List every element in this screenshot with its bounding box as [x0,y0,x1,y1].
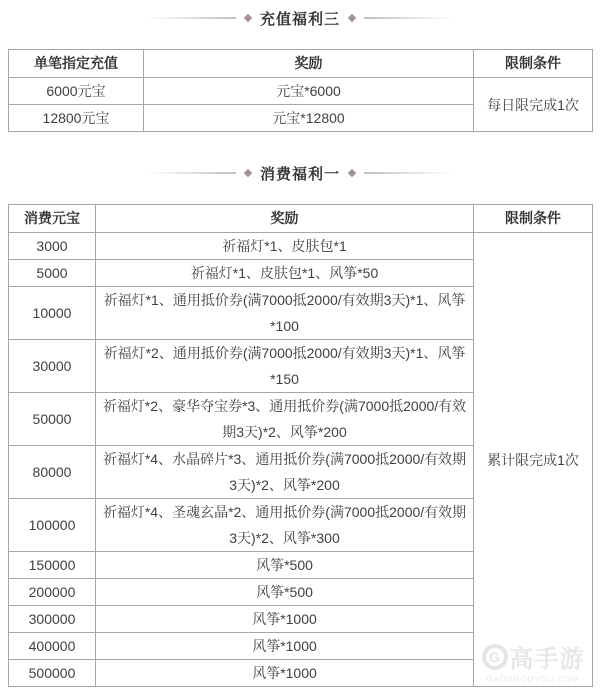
reward-cell: 元宝*6000 [144,78,474,105]
table-row: 3000 祈福灯*1、皮肤包*1 累计限完成1次 [9,233,593,260]
amount-cell: 400000 [9,633,96,660]
restriction-cell: 累计限完成1次 [474,233,593,687]
amount-cell: 5000 [9,260,96,287]
amount-cell: 80000 [9,446,96,499]
reward-cell: 风筝*500 [96,579,474,606]
diamond-icon [348,14,356,22]
amount-cell: 300000 [9,606,96,633]
amount-cell: 30000 [9,340,96,393]
section-title-text: 消费福利一 [260,163,340,184]
amount-cell: 50000 [9,393,96,446]
amount-cell: 100000 [9,499,96,552]
diamond-icon [244,169,252,177]
reward-cell: 祈福灯*1、皮肤包*1、风筝*50 [96,260,474,287]
section-title-text: 充值福利三 [260,8,340,29]
reward-cell: 祈福灯*4、水晶碎片*3、通用抵价券(满7000抵2000/有效期3天)*2、风… [96,446,474,499]
reward-cell: 祈福灯*2、通用抵价券(满7000抵2000/有效期3天)*1、风筝*150 [96,340,474,393]
decor-line-left [148,172,236,174]
recharge-table: 单笔指定充值 奖励 限制条件 6000元宝 元宝*6000 每日限完成1次 12… [8,49,593,132]
reward-cell: 元宝*12800 [144,105,474,132]
amount-cell: 3000 [9,233,96,260]
decor-line-right [364,17,452,19]
amount-cell: 150000 [9,552,96,579]
restriction-cell: 每日限完成1次 [474,78,593,132]
amount-cell: 500000 [9,660,96,687]
reward-cell: 风筝*1000 [96,660,474,687]
reward-cell: 风筝*1000 [96,606,474,633]
reward-cell: 祈福灯*4、圣魂玄晶*2、通用抵价券(满7000抵2000/有效期3天)*2、风… [96,499,474,552]
reward-cell: 风筝*1000 [96,633,474,660]
reward-cell: 祈福灯*1、通用抵价券(满7000抵2000/有效期3天)*1、风筝*100 [96,287,474,340]
consume-table: 消费元宝 奖励 限制条件 3000 祈福灯*1、皮肤包*1 累计限完成1次 50… [8,204,593,687]
section-title-consume: 消费福利一 [0,132,600,183]
column-header-amount: 消费元宝 [9,205,96,233]
amount-cell: 200000 [9,579,96,606]
decor-line-left [148,17,236,19]
decor-line-right [364,172,452,174]
amount-cell: 10000 [9,287,96,340]
page: 充值福利三 单笔指定充值 奖励 限制条件 6000元宝 元宝*6000 每日限完… [0,0,600,688]
amount-cell: 12800元宝 [9,105,144,132]
column-header-amount: 单笔指定充值 [9,50,144,78]
reward-cell: 祈福灯*1、皮肤包*1 [96,233,474,260]
section-title-recharge: 充值福利三 [0,0,600,28]
table-header-row: 单笔指定充值 奖励 限制条件 [9,50,593,78]
column-header-restriction: 限制条件 [474,50,593,78]
amount-cell: 6000元宝 [9,78,144,105]
table-row: 6000元宝 元宝*6000 每日限完成1次 [9,78,593,105]
reward-cell: 祈福灯*2、豪华夺宝券*3、通用抵价券(满7000抵2000/有效期3天)*2、… [96,393,474,446]
diamond-icon [244,14,252,22]
column-header-restriction: 限制条件 [474,205,593,233]
diamond-icon [348,169,356,177]
table-header-row: 消费元宝 奖励 限制条件 [9,205,593,233]
column-header-reward: 奖励 [96,205,474,233]
column-header-reward: 奖励 [144,50,474,78]
reward-cell: 风筝*500 [96,552,474,579]
